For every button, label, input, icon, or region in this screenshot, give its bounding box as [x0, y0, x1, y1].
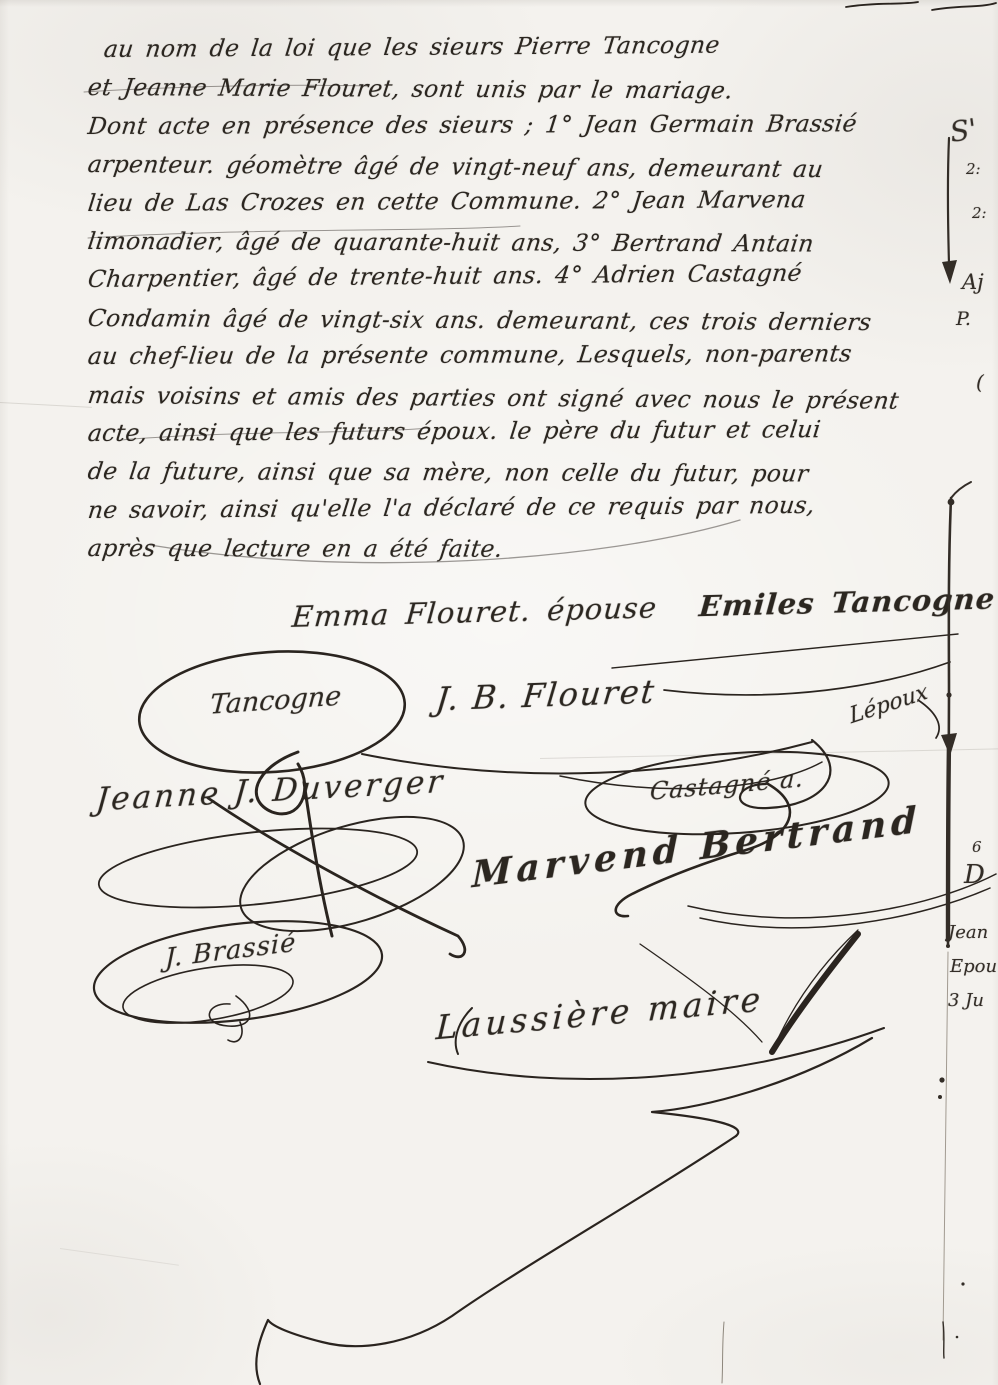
- bertrand-underline: [688, 874, 996, 918]
- cutoff-stroke: [846, 2, 918, 7]
- stray-bottom-strokes: [722, 1322, 724, 1383]
- ink-blob: [946, 944, 950, 948]
- signature-duverger: Jeanne J. Duverger: [94, 764, 446, 819]
- bertrand-underline: [700, 888, 990, 928]
- handwritten-line: acte, ainsi que les futurs époux. le pèr…: [86, 409, 961, 452]
- ink-dash: [943, 1322, 944, 1358]
- maire-long-tail: [256, 1136, 736, 1384]
- bertrand-bold-stroke: [772, 934, 858, 1052]
- groom-epoux-note: Lépoux: [848, 679, 930, 729]
- brassie-oval: [88, 907, 388, 1038]
- margin-fragment: (: [976, 370, 984, 394]
- signature-maire: Laussière maire: [435, 979, 765, 1047]
- margin-fragment: P.: [956, 308, 971, 330]
- fold-arrowhead: [941, 733, 957, 756]
- handwritten-line: au chef-lieu de la présente commune, Les…: [86, 334, 961, 375]
- handwritten-line: Charpentier, âgé de trente-huit ans. 4° …: [86, 253, 961, 299]
- paper-crease: [540, 748, 998, 759]
- emiles-flourish: [612, 634, 958, 668]
- attestation-line: Emma Flouret. épouseEmiles Tancogne: [291, 582, 997, 634]
- margin-fragment: 6: [972, 838, 982, 856]
- signature-castagne: Castagné a.: [649, 764, 804, 806]
- handwritten-line: ne savoir, ainsi qu'elle l'a déclaré de …: [86, 485, 961, 529]
- ink-speck: [961, 1282, 964, 1285]
- ink-speck: [956, 1336, 959, 1339]
- signature-tancogne: Tancogne: [209, 681, 342, 721]
- handwritten-line: Dont acte en présence des sieurs ; 1° Je…: [86, 104, 961, 145]
- act-body-paragraph: au nom de la loi que les sieurs Pierre T…: [88, 30, 958, 567]
- handwritten-line: après que lecture en a été faite.: [86, 529, 961, 569]
- margin-fragment: D: [964, 860, 985, 890]
- duverger-flourish-oval: [95, 815, 421, 920]
- stray-top-strokes: [846, 2, 996, 10]
- handwritten-line: au nom de la loi que les sieurs Pierre T…: [102, 24, 961, 68]
- margin-fragment: Epou: [950, 956, 997, 977]
- margin-fragment: 2:: [972, 204, 987, 222]
- paper-crease: [0, 402, 92, 408]
- ink-speck: [939, 1077, 944, 1082]
- cutoff-stroke: [722, 1322, 724, 1383]
- margin-fragment: 3 Ju: [948, 990, 984, 1011]
- attestation-groom-signature: Emiles Tancogne: [698, 582, 997, 624]
- signature-flouret: J. B. Flouret: [434, 672, 658, 718]
- margin-fragment: Aj: [962, 270, 984, 294]
- signature-bertrand: Marvend Bertrand: [472, 799, 922, 897]
- ink-blob: [946, 692, 951, 697]
- paper-crease: [60, 1248, 179, 1266]
- margin-fragment: Jean: [948, 922, 988, 943]
- maire-zigzag: [652, 1038, 872, 1136]
- handwritten-line: lieu de Las Crozes en cette Commune. 2° …: [86, 179, 961, 222]
- attestation-bride: Emma Flouret. épouse: [291, 590, 659, 634]
- duverger-flourish-oval: [227, 794, 477, 954]
- margin-fragment: 2:: [966, 160, 981, 178]
- brassie-loop: [209, 996, 249, 1042]
- cutoff-stroke: [932, 3, 996, 10]
- fold-line-thick: [948, 742, 949, 940]
- bertrand-hairline: [772, 930, 858, 1052]
- scanned-document-page: au nom de la loi que les sieurs Pierre T…: [0, 0, 998, 1385]
- signature-brassie: J. Brassié: [165, 928, 297, 974]
- margin-fragment: S': [948, 112, 979, 148]
- ink-speck: [938, 1095, 942, 1099]
